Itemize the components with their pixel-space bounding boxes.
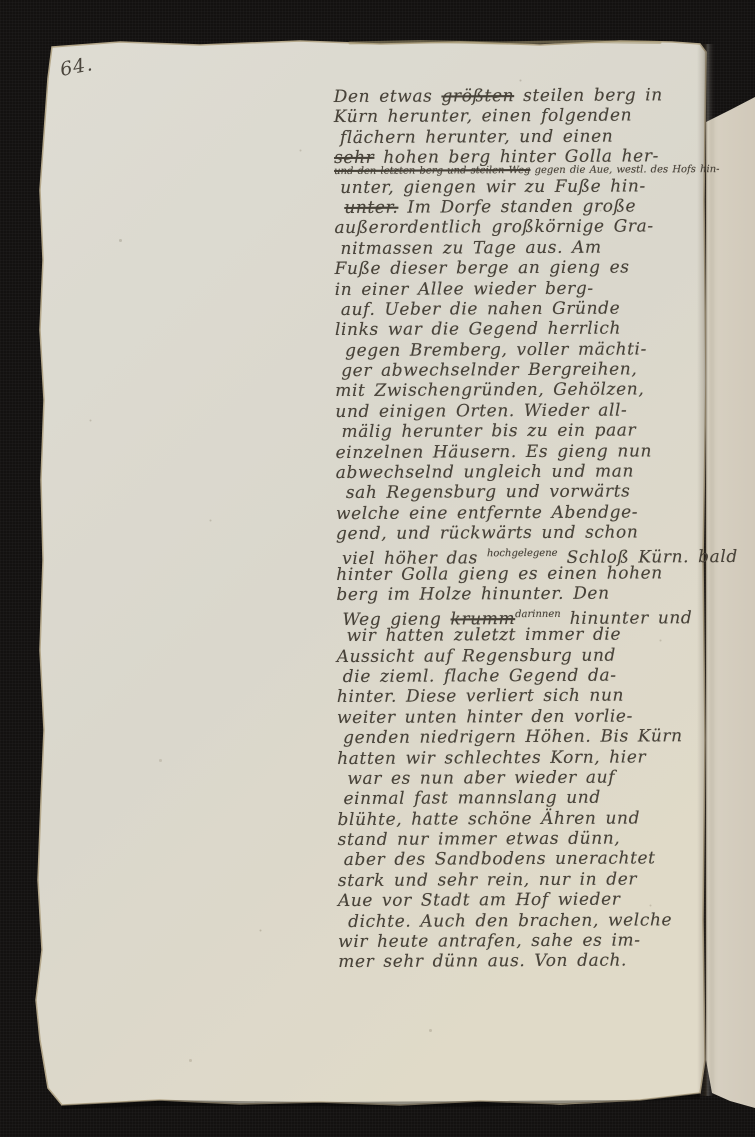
manuscript-line: blühte, hatte schöne Ähren und [337,808,733,830]
page-top-deckle-edge [350,42,660,44]
handwritten-text: dichte. Auch den brachen, welche [348,910,672,932]
manuscript-line: nitmassen zu Tage aus. Am [340,237,730,259]
manuscript-line: Fuße dieser berge an gieng es [335,257,731,279]
manuscript-line: ger abwechselnder Bergreihen, [341,359,731,381]
manuscript-line: berg im Holze hinunter. Den [336,583,732,605]
handwritten-text: welche eine entfernte Abendge- [336,502,638,524]
manuscript-line: gegen Bremberg, voller mächti- [345,339,731,361]
manuscript-line: Weg gieng krummdarinnen hinunter und [342,604,732,626]
handwritten-text: steilen berg in [514,85,663,106]
handwritten-text: einzelnen Häusern. Es gieng nun [336,441,653,463]
manuscript-line: Aue vor Stadt am Hof wieder [338,889,734,911]
handwritten-text: weiter unten hinter den vorlie- [337,706,633,728]
manuscript-line: stand nur immer etwas dünn, [338,828,734,850]
manuscript-line: sah Regensburg und vorwärts [346,481,732,503]
scan-viewport: 64. Den etwas größten steilen berg inKür… [0,0,755,1137]
handwritten-text: Aue vor Stadt am Hof wieder [338,890,621,911]
manuscript-line: abwechselnd ungleich und man [336,461,732,483]
handwritten-text: ger abwechselnder Bergreihen, [341,360,637,382]
handwritten-text: auf. Ueber die nahen Gründe [341,298,621,319]
inserted-word: hochgelegene [487,547,558,558]
manuscript-line: einmal fast mannslang und [343,787,733,809]
handwritten-text: die zieml. flache Gegend da- [343,666,617,687]
manuscript-text: Den etwas größten steilen berg inKürn he… [334,85,735,973]
manuscript-line: außerordentlich großkörnige Gra- [334,216,730,238]
manuscript-line: Den etwas größten steilen berg in [334,85,730,107]
manuscript-line: flächern herunter, und einen [340,126,730,148]
handwritten-text: unter, giengen wir zu Fuße hin- [340,176,646,198]
handwritten-text: gegen Bremberg, voller mächti- [345,339,647,361]
manuscript-line: aber des Sandbodens unerachtet [344,848,734,870]
handwritten-text: gend, und rückwärts und schon [336,523,639,545]
handwritten-text: mälig herunter bis zu ein paar [341,421,636,443]
manuscript-line: die zieml. flache Gegend da- [343,665,733,687]
manuscript-line: war es nun aber wieder auf [347,767,733,789]
handwritten-text: wir heute antrafen, sahe es im- [338,930,641,952]
manuscript-line: weiter unten hinter den vorlie- [337,706,733,728]
handwritten-text: und einigen Orten. Wieder all- [335,400,627,422]
handwritten-text: genden niedrigern Höhen. Bis Kürn [343,726,683,748]
manuscript-line: Kürn herunter, einen folgenden [334,105,730,127]
manuscript-line: viel höher das hochgelegene Schloß Kürn.… [342,543,732,565]
manuscript-line: unter. Im Dorfe standen große [344,196,730,218]
handwritten-text: mer sehr dünn aus. Von dach. [338,951,627,973]
struck-through-text: unter. [344,198,398,218]
manuscript-line: dichte. Auch den brachen, welche [348,910,734,932]
manuscript-line: Aussicht auf Regensburg und [337,645,733,667]
handwritten-text: stand nur immer etwas dünn, [338,829,621,850]
manuscript-line: hinter. Diese verliert sich nun [337,685,733,707]
handwritten-text: Aussicht auf Regensburg und [337,645,616,666]
handwritten-text: einmal fast mannslang und [343,788,601,809]
handwritten-text: sah Regensburg und vorwärts [346,482,631,503]
handwritten-text: gegen die Aue, westl. des Hofs hin- [530,164,719,176]
handwritten-text: wir hatten zuletzt immer die [347,625,622,646]
handwritten-text: mit Zwischengründen, Gehölzen, [335,380,644,402]
handwritten-text: war es nun aber wieder auf [347,767,615,788]
manuscript-line: in einer Allee wieder berg- [335,277,731,299]
inserted-word: darinnen [515,609,561,620]
manuscript-line: stark und sehr rein, nur in der [338,869,734,891]
handwritten-text: blühte, hatte schöne Ähren und [337,808,640,830]
handwritten-text: berg im Holze hinunter. Den [336,584,609,605]
handwritten-text: Im Dorfe standen große [398,196,636,217]
handwritten-text: links war die Gegend herrlich [335,319,621,340]
struck-through-text: und den letzten berg und steilen Weg [334,165,530,177]
manuscript-line: gend, und rückwärts und schon [336,522,732,544]
handwritten-text: flächern herunter, und einen [340,126,613,147]
handwritten-text: in einer Allee wieder berg- [335,278,594,299]
manuscript-line: links war die Gegend herrlich [335,318,731,340]
manuscript-line: mälig herunter bis zu ein paar [341,420,731,442]
paper-specks [0,0,1,1]
manuscript-line: welche eine entfernte Abendge- [336,502,732,524]
handwritten-text: hatten wir schlechtes Korn, hier [337,747,646,769]
struck-through-text: größten [441,86,514,106]
manuscript-line: einzelnen Häusern. Es gieng nun [336,441,732,463]
handwritten-text: stark und sehr rein, nur in der [338,869,637,891]
handwritten-text: aber des Sandbodens unerachtet [344,849,656,871]
handwritten-text: Den etwas [334,86,442,107]
handwritten-text: außerordentlich großkörnige Gra- [334,217,653,239]
handwritten-text: nitmassen zu Tage aus. Am [340,237,601,258]
handwritten-text: Fuße dieser berge an gieng es [335,258,630,280]
manuscript-line: auf. Ueber die nahen Gründe [341,298,731,320]
manuscript-line: unter, giengen wir zu Fuße hin- [340,176,730,198]
manuscript-line: wir heute antrafen, sahe es im- [338,930,734,952]
handwritten-text: hinter. Diese verliert sich nun [337,686,624,708]
handwritten-text: hinter Golla gieng es einen hohen [336,563,663,585]
manuscript-line: und einigen Orten. Wieder all- [335,400,731,422]
handwritten-text: Kürn herunter, einen folgenden [334,106,632,128]
manuscript-line: mer sehr dünn aus. Von dach. [338,950,734,972]
manuscript-line: hatten wir schlechtes Korn, hier [337,746,733,768]
handwritten-text: abwechselnd ungleich und man [336,462,634,484]
manuscript-line: mit Zwischengründen, Gehölzen, [335,379,731,401]
manuscript-line: genden niedrigern Höhen. Bis Kürn [343,726,733,748]
